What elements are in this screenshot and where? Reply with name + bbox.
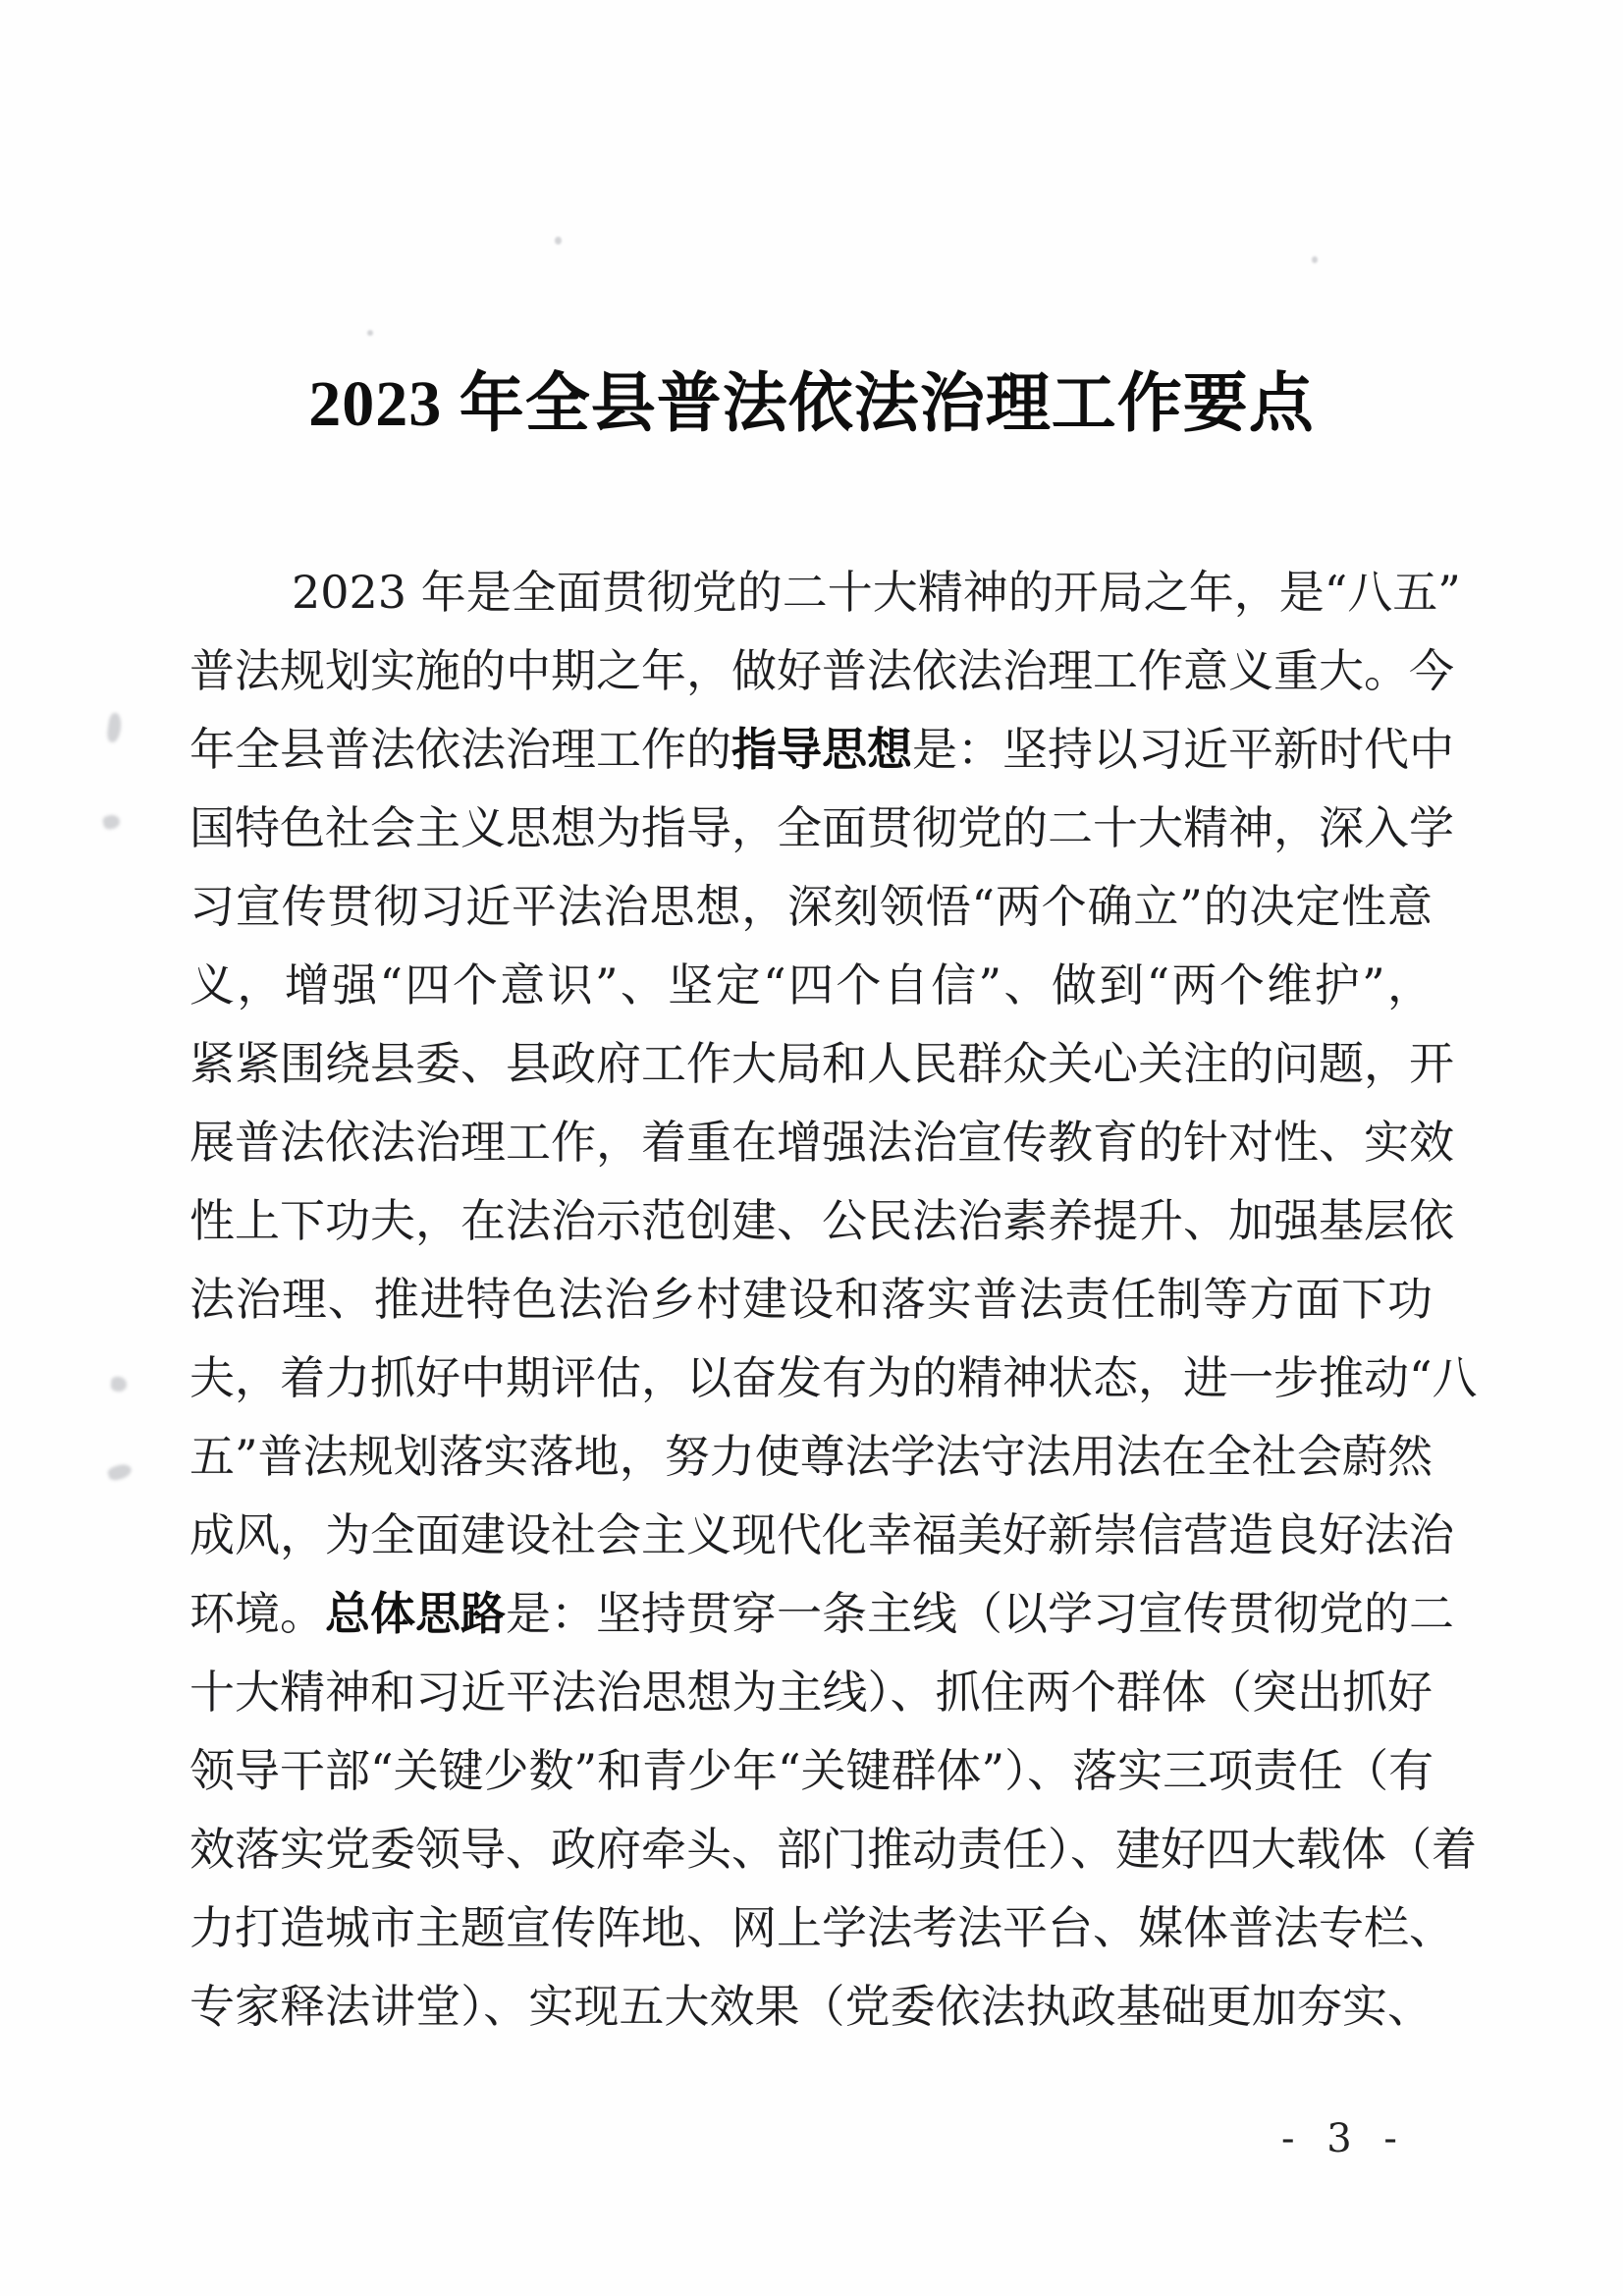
text-run: 国特色社会主义思想为指导，全面贯彻党的二十大精神，深入学	[189, 801, 1454, 854]
text-line: 力打造城市主题宣传阵地、网上学法考法平台、媒体普法专栏、	[189, 1888, 1433, 1967]
text-run: 效落实党委领导、政府牵头、部门推动责任）、建好四大载体（着	[189, 1823, 1477, 1876]
text-run: 法治理、推进特色法治乡村建设和落实普法责任制等方面下功	[189, 1273, 1433, 1326]
text-run: 是：坚持贯穿一条主线（以学习宣传贯彻党的二	[506, 1587, 1454, 1640]
bold-phrase: 指导思想	[731, 724, 912, 775]
text-line: 十大精神和习近平法治思想为主线）、抓住两个群体（突出抓好	[189, 1653, 1433, 1731]
text-line: 紧紧围绕县委、县政府工作大局和人民群众关心关注的问题，开	[189, 1024, 1433, 1103]
scan-smudge	[102, 813, 122, 830]
text-run: 五”普法规划落实落地，努力使尊法学法守法用法在全社会蔚然	[189, 1430, 1433, 1483]
text-run: 专家释法讲堂）、实现五大效果（党委依法执政基础更加夯实、	[189, 1980, 1433, 2033]
text-line: 五”普法规划落实落地，努力使尊法学法守法用法在全社会蔚然	[189, 1417, 1433, 1496]
text-run: 夫，着力抓好中期评估，以奋发有为的精神状态，进一步推动“八	[189, 1351, 1478, 1404]
bold-phrase: 总体思路	[325, 1588, 506, 1639]
text-line: 夫，着力抓好中期评估，以奋发有为的精神状态，进一步推动“八	[189, 1339, 1433, 1417]
text-run: 是：坚持以习近平新时代中	[912, 723, 1454, 776]
scan-smudge	[110, 1376, 127, 1392]
text-line: 成风，为全面建设社会主义现代化幸福美好新崇信营造良好法治	[189, 1496, 1433, 1574]
text-line: 义，增强“四个意识”、坚定“四个自信”、做到“两个维护”，	[189, 946, 1433, 1024]
text-run: 习宣传贯彻习近平法治思想，深刻领悟“两个确立”的决定性意	[189, 880, 1433, 933]
scan-speck	[367, 330, 373, 336]
text-run: 紧紧围绕县委、县政府工作大局和人民群众关心关注的问题，开	[189, 1037, 1454, 1090]
scan-speck	[555, 237, 562, 245]
text-run: 力打造城市主题宣传阵地、网上学法考法平台、媒体普法专栏、	[189, 1901, 1454, 1954]
text-run: 展普法依法治理工作，着重在增强法治宣传教育的针对性、实效	[189, 1116, 1454, 1169]
text-run: 2023 年是全面贯彻党的二十大精神的开局之年，是“八五”	[292, 566, 1461, 619]
text-line: 性上下功夫，在法治示范创建、公民法治素养提升、加强基层依	[189, 1181, 1433, 1260]
text-line: 法治理、推进特色法治乡村建设和落实普法责任制等方面下功	[189, 1260, 1433, 1339]
scanned-document-page: 2023 年全县普法依法治理工作要点 2023 年是全面贯彻党的二十大精神的开局…	[0, 0, 1623, 2296]
text-line: 国特色社会主义思想为指导，全面贯彻党的二十大精神，深入学	[189, 789, 1433, 867]
text-run: 年全县普法依法治理工作的	[189, 723, 731, 776]
text-line: 年全县普法依法治理工作的指导思想是：坚持以习近平新时代中	[189, 710, 1433, 789]
document-body: 2023 年是全面贯彻党的二十大精神的开局之年，是“八五”普法规划实施的中期之年…	[189, 553, 1433, 2046]
text-line: 专家释法讲堂）、实现五大效果（党委依法执政基础更加夯实、	[189, 1967, 1433, 2046]
scan-smudge	[106, 712, 123, 743]
scan-smudge	[106, 1462, 133, 1483]
page-number: - 3 -	[1281, 2117, 1407, 2160]
text-run: 性上下功夫，在法治示范创建、公民法治素养提升、加强基层依	[189, 1194, 1454, 1247]
text-line: 领导干部“关键少数”和青少年“关键群体”）、落实三项责任（有	[189, 1731, 1433, 1810]
text-run: 环境。	[189, 1587, 325, 1640]
text-line: 普法规划实施的中期之年，做好普法依法治理工作意义重大。今	[189, 631, 1433, 710]
document-title: 2023 年全县普法依法治理工作要点	[0, 365, 1623, 444]
scan-speck	[1312, 256, 1318, 263]
text-line: 环境。总体思路是：坚持贯穿一条主线（以学习宣传贯彻党的二	[189, 1574, 1433, 1653]
text-line: 2023 年是全面贯彻党的二十大精神的开局之年，是“八五”	[189, 553, 1433, 631]
text-line: 展普法依法治理工作，着重在增强法治宣传教育的针对性、实效	[189, 1103, 1433, 1181]
text-run: 义，增强“四个意识”、坚定“四个自信”、做到“两个维护”，	[189, 958, 1433, 1011]
text-run: 十大精神和习近平法治思想为主线）、抓住两个群体（突出抓好	[189, 1666, 1433, 1719]
text-run: 成风，为全面建设社会主义现代化幸福美好新崇信营造良好法治	[189, 1508, 1454, 1561]
text-line: 习宣传贯彻习近平法治思想，深刻领悟“两个确立”的决定性意	[189, 867, 1433, 946]
text-line: 效落实党委领导、政府牵头、部门推动责任）、建好四大载体（着	[189, 1810, 1433, 1888]
text-run: 领导干部“关键少数”和青少年“关键群体”）、落实三项责任（有	[189, 1744, 1434, 1797]
text-run: 普法规划实施的中期之年，做好普法依法治理工作意义重大。今	[189, 644, 1454, 697]
